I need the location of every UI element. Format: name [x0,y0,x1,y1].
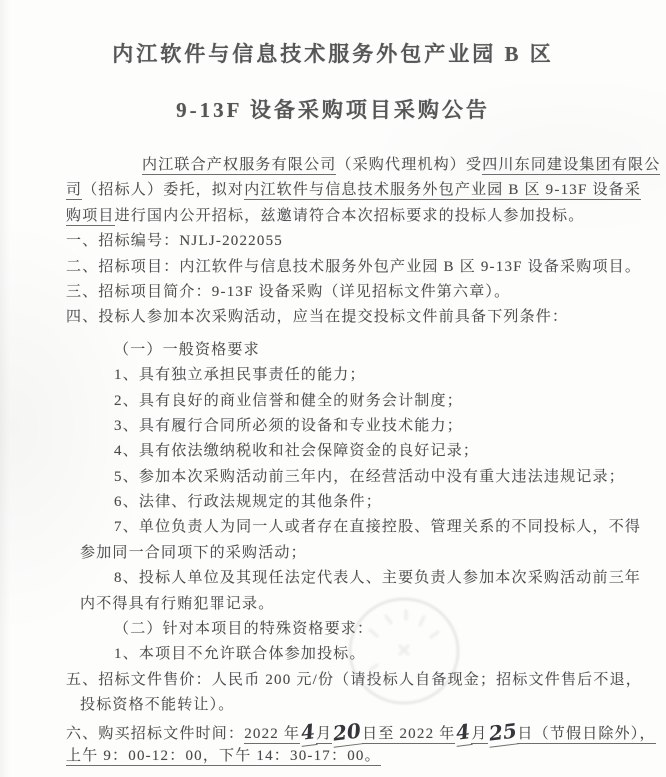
text-segment: （二）针对本项目的特殊资格要求： [114,621,373,637]
text-line: 五、招标文件售价：人民币 200 元/份（请投标人自备现金；招标文件售后不退， [66,668,632,693]
text-segment: 五、招标文件售价：人民币 200 元/份（请投标人自备现金；招标文件售后不退， [66,672,642,688]
underlined-text: 日至 2022 年 [362,726,455,744]
handwritten-date-digit: 4 [454,719,473,747]
text-line: 一、招标编号：NJLJ-2022055 [66,229,632,254]
text-segment: （一）一般资格要求 [114,342,260,358]
text-segment: 1、本项目不允许联合体参加投标。 [114,646,366,662]
handwritten-date-digit: 25 [486,718,519,748]
document-title-line2: 9-13F 设备采购项目采购公告 [0,94,666,124]
text-line: 2、具有良好的商业信誉和健全的财务会计制度； [66,389,632,414]
document-page: 内江软件与信息技术服务外包产业园 B 区 9-13F 设备采购项目采购公告 内江… [0,0,666,777]
text-segment: 7、单位负责人为同一人或者存在直接控股、管理关系的不同投标人，不得 [114,519,641,535]
text-line: 6、法律、行政法规规定的其他条件； [66,490,632,515]
text-segment: （采购代理机构）受 [336,157,482,173]
text-line: 投标资格不能转让）。 [66,693,632,718]
text-line: 司（招标人）委托，拟对内江软件与信息技术服务外包产业园 B 区 9-13F 设备… [66,178,632,203]
text-segment: 4、具有依法缴纳税收和社会保障资金的良好记录； [114,443,479,459]
text-segment: 1、具有独立承担民事责任的能力； [114,367,366,383]
underlined-text: 月 [471,726,487,744]
text-segment: 六、购买招标文件时间： [66,726,244,742]
underlined-text: 日（节假日除外）， [517,726,655,744]
text-segment: 投标资格不能转让）。 [80,697,235,713]
text-line: 上午 9：00-12：00，下午 14：30-17：00。 [66,744,632,769]
text-segment: 2、具有良好的商业信誉和健全的财务会计制度； [114,393,463,409]
underlined-text: 月 [316,726,332,744]
handwritten-date-digit: 4 [299,719,318,747]
handwritten-date-digit: 20 [331,718,364,748]
text-segment: 参加同一合同项下的采购活动； [80,545,307,561]
text-segment: 6、法律、行政法规规定的其他条件； [114,494,382,510]
text-line: 4、具有依法缴纳税收和社会保障资金的良好记录； [66,439,632,464]
document-body: 内江联合产权服务有限公司（采购代理机构）受四川东同建设集团有限公司（招标人）委托… [66,153,632,769]
text-line: 四、投标人参加本次采购活动，应当在提交投标文件前具备下列条件： [66,305,632,330]
text-segment: 3、具有履行合同所必须的设备和专业技术能力； [114,418,463,434]
text-segment: （招标人）委托，拟对 [82,182,244,198]
text-line: 5、参加本次采购活动前三年内，在经营活动中没有重大违法违规记录； [66,465,632,490]
underlined-text: 上午 9：00-12：00，下午 14：30-17：00。 [66,748,381,766]
text-line: 六、购买招标文件时间：2022 年4月20日至 2022 年4月25日（节假日除… [66,719,632,744]
text-line: 内江联合产权服务有限公司（采购代理机构）受四川东同建设集团有限公 [66,153,632,178]
text-segment: 8、投标人单位及其现任法定代表人、主要负责人参加本次采购活动前三年 [114,570,641,586]
underlined-text: 司 [66,182,82,200]
text-segment: 一、招标编号：NJLJ-2022055 [66,233,283,249]
text-segment: 5、参加本次采购活动前三年内，在经营活动中没有重大违法违规记录； [114,469,625,485]
text-line: 1、本项目不允许联合体参加投标。 [66,642,632,667]
document-title-line1: 内江软件与信息技术服务外包产业园 B 区 [0,38,666,68]
text-line: 7、单位负责人为同一人或者存在直接控股、管理关系的不同投标人，不得 [66,515,632,540]
text-segment: 四、投标人参加本次采购活动，应当在提交投标文件前具备下列条件： [66,309,568,325]
text-segment: 二、招标项目：内江软件与信息技术服务外包产业园 B 区 9-13F 设备采购项目… [66,259,641,275]
underlined-text: 四川东同建设集团有限公 [482,157,660,175]
underlined-text: 2022 年 [244,726,300,744]
text-line: （一）一般资格要求 [66,338,632,363]
text-segment: 内不得具有行贿犯罪记录。 [80,596,274,612]
underlined-text: 内江联合产权服务有限公司 [142,157,336,175]
text-line: 三、招标项目简介：9-13F 设备采购（详见招标文件第六章）。 [66,280,632,305]
underlined-text: 内江软件与信息技术服务外包产业园 B 区 9-13F 设备采 [244,182,641,200]
text-line: 参加同一合同项下的采购活动； [66,541,632,566]
text-segment: 进行国内公开招标，兹邀请符合本次招标要求的投标人参加投标。 [115,208,585,224]
text-line: 8、投标人单位及其现任法定代表人、主要负责人参加本次采购活动前三年 [66,566,632,591]
underlined-text: 购项目 [66,208,115,226]
text-line: 内不得具有行贿犯罪记录。 [66,592,632,617]
text-line: 1、具有独立承担民事责任的能力； [66,363,632,388]
text-segment: 三、招标项目简介：9-13F 设备采购（详见招标文件第六章）。 [66,284,510,300]
text-line: 3、具有履行合同所必须的设备和专业技术能力； [66,414,632,439]
text-line: （二）针对本项目的特殊资格要求： [66,617,632,642]
text-line: 购项目进行国内公开招标，兹邀请符合本次招标要求的投标人参加投标。 [66,204,632,229]
text-line: 二、招标项目：内江软件与信息技术服务外包产业园 B 区 9-13F 设备采购项目… [66,255,632,280]
